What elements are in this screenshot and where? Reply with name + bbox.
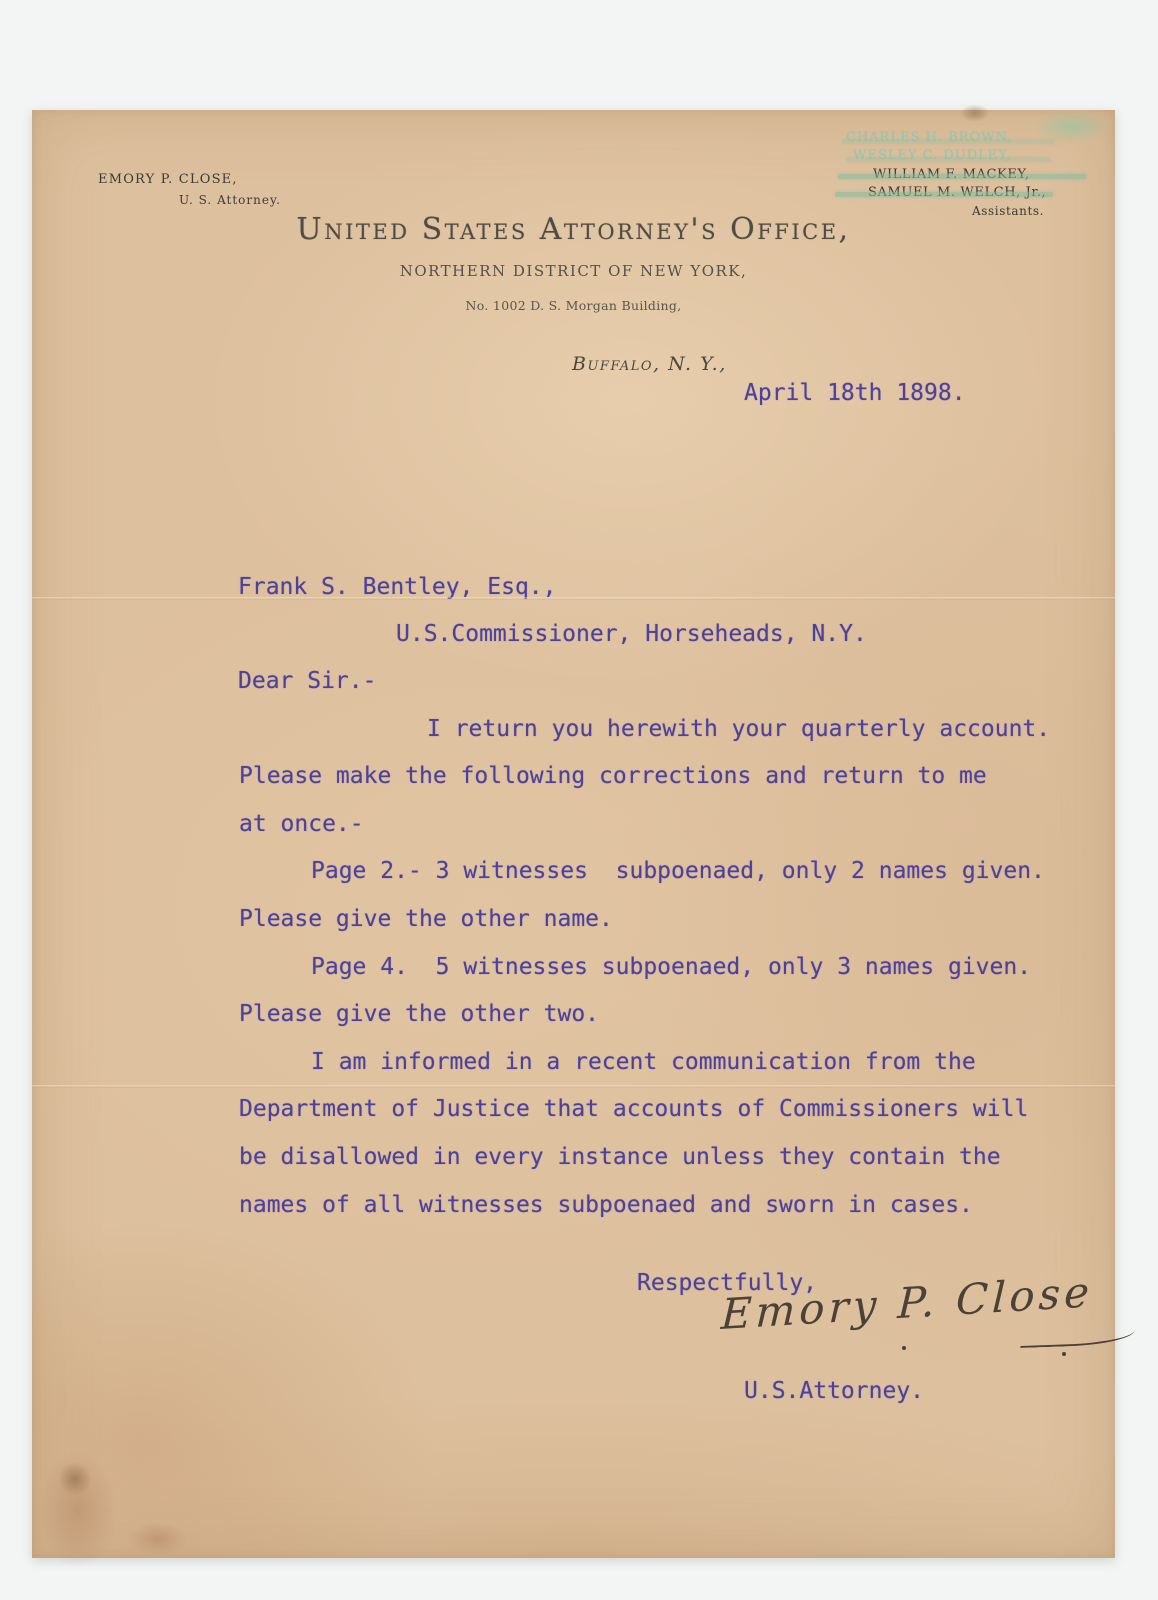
body-line: at once.-: [239, 809, 364, 839]
green-strikethrough: [842, 139, 1054, 144]
letterhead-attorney-title: U. S. Attorney.: [179, 193, 281, 207]
body-line: Department of Justice that accounts of C…: [239, 1094, 1028, 1124]
body-line: I am informed in a recent communication …: [311, 1047, 976, 1077]
green-ink-smudge: [1032, 110, 1112, 144]
letter-paper: EMORY P. CLOSE, U. S. Attorney. CHARLES …: [32, 110, 1115, 1558]
green-strikethrough: [846, 157, 1051, 162]
body-line: names of all witnesses subpoenaed and sw…: [239, 1190, 973, 1220]
body-line: I return you herewith your quarterly acc…: [427, 714, 1050, 744]
paper-stain: [960, 104, 990, 122]
letterhead-building: No. 1002 D. S. Morgan Building,: [32, 298, 1115, 313]
paper-stain: [58, 1462, 92, 1496]
body-line: Please give the other two.: [239, 999, 599, 1029]
body-line: Please give the other name.: [239, 904, 613, 934]
letterhead-city: Buffalo, N. Y.,: [572, 353, 727, 375]
body-line: be disallowed in every instance unless t…: [239, 1142, 1001, 1172]
fold-crease: [32, 1085, 1115, 1088]
body-line: Page 2.- 3 witnesses subpoenaed, only 2 …: [311, 856, 1045, 886]
recipient-title: U.S.Commissioner, Horseheads, N.Y.: [396, 619, 867, 649]
signature: Emory P. Close: [720, 1282, 1140, 1372]
green-strikethrough: [838, 174, 1086, 179]
letterhead-office: United States Attorney's Office,: [32, 212, 1115, 247]
ink-dot: [1062, 1352, 1066, 1356]
signer-title: U.S.Attorney.: [744, 1376, 924, 1406]
scan-background: EMORY P. CLOSE, U. S. Attorney. CHARLES …: [0, 0, 1158, 1600]
letter-date: April 18th 1898.: [744, 378, 966, 408]
fold-crease: [32, 597, 1115, 600]
ink-dot: [902, 1346, 906, 1350]
signature-flourish: [1020, 1326, 1136, 1348]
green-strikethrough: [835, 192, 1053, 197]
letterhead-district: NORTHERN DISTRICT OF NEW YORK,: [32, 262, 1115, 280]
salutation: Dear Sir.-: [238, 666, 376, 696]
body-line: Page 4. 5 witnesses subpoenaed, only 3 n…: [311, 952, 1031, 982]
body-line: Please make the following corrections an…: [239, 761, 987, 791]
paper-stain: [128, 1522, 188, 1556]
letterhead-attorney-name: EMORY P. CLOSE,: [98, 172, 238, 187]
